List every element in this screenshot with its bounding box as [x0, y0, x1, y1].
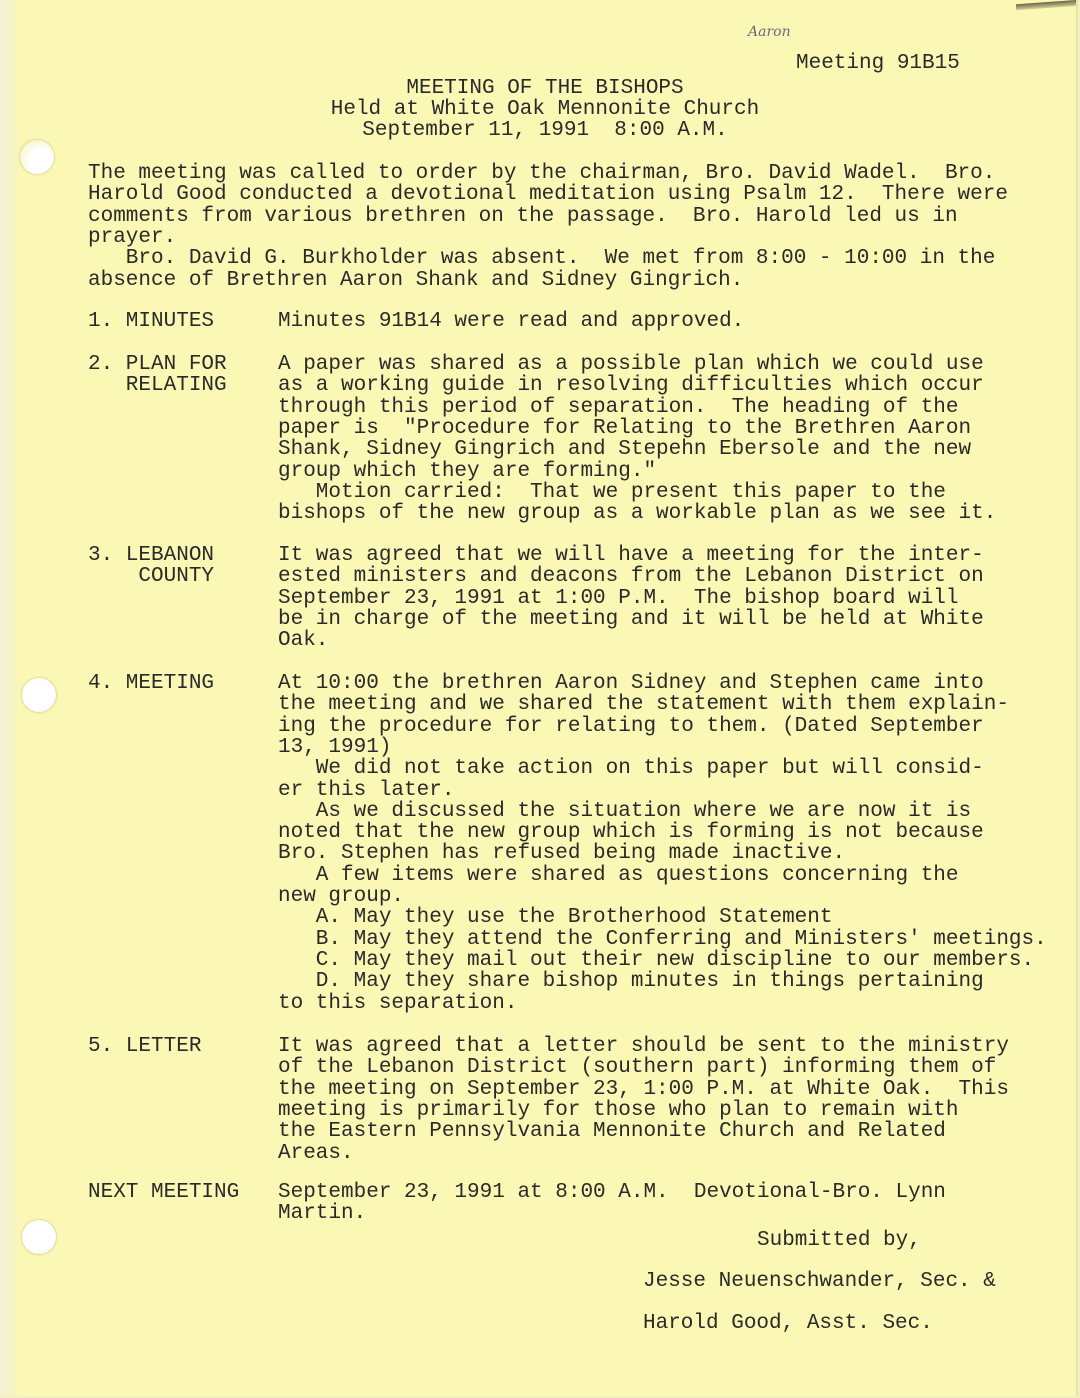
item-text-line: be in charge of the meeting and it will …	[278, 609, 984, 630]
item-text-line: to this separation.	[278, 993, 517, 1014]
item-label: NEXT MEETING	[88, 1182, 239, 1203]
item-text-line: Oak.	[278, 630, 328, 651]
item-label: 5. LETTER	[88, 1036, 201, 1057]
item-text-line: er this later.	[278, 780, 454, 801]
item-text-line: new group.	[278, 886, 404, 907]
item-text-line: bishops of the new group as a workable p…	[278, 503, 996, 524]
punch-hole-bottom	[22, 1220, 56, 1254]
item-text-line: through this period of separation. The h…	[278, 397, 959, 418]
assistant-secretary-signature: Harold Good, Asst. Sec.	[643, 1313, 933, 1334]
item-text-line: ing the procedure for relating to them. …	[278, 716, 984, 737]
item-text-line: Martin.	[278, 1203, 366, 1224]
item-text-line: September 23, 1991 at 8:00 A.M. Devotion…	[278, 1182, 946, 1203]
submitted-by: Submitted by,	[757, 1230, 921, 1251]
meeting-datetime: September 11, 1991 8:00 A.M.	[0, 120, 1080, 141]
item-text-line: Shank, Sidney Gingrich and Stepehn Ebers…	[278, 439, 971, 460]
document-title: MEETING OF THE BISHOPS	[0, 78, 1080, 99]
item-text-line: At 10:00 the brethren Aaron Sidney and S…	[278, 673, 984, 694]
item-text-line: the meeting and we shared the statement …	[278, 694, 1009, 715]
item-text-line: Minutes 91B14 were read and approved.	[278, 311, 744, 332]
paper-page: Aaron Meeting 91B15 MEETING OF THE BISHO…	[0, 0, 1078, 1396]
opening-line: Harold Good conducted a devotional medit…	[88, 184, 1008, 205]
item-text-line: Areas.	[278, 1143, 354, 1164]
item-text-line: meeting is primarily for those who plan …	[278, 1100, 959, 1121]
punch-hole-top	[20, 140, 54, 174]
item-label: 2. PLAN FOR	[88, 354, 227, 375]
page-edge-shadow	[0, 0, 18, 1396]
item-text-line: the Eastern Pennsylvania Mennonite Churc…	[278, 1121, 946, 1142]
item-text-line: the meeting on September 23, 1:00 P.M. a…	[278, 1079, 1009, 1100]
meeting-number: Meeting 91B15	[796, 53, 960, 74]
item-text-line: C. May they mail out their new disciplin…	[278, 950, 1034, 971]
item-label: RELATING	[88, 375, 227, 396]
item-text-line: D. May they share bishop minutes in thin…	[278, 971, 984, 992]
page-corner-fold	[1016, 0, 1076, 10]
secretary-signature: Jesse Neuenschwander, Sec. &	[643, 1271, 996, 1292]
item-text-line: A few items were shared as questions con…	[278, 865, 959, 886]
item-text-line: group which they are forming."	[278, 461, 656, 482]
item-text-line: B. May they attend the Conferring and Mi…	[278, 929, 1047, 950]
item-text-line: A. May they use the Brotherhood Statemen…	[278, 907, 833, 928]
opening-line: comments from various brethren on the pa…	[88, 206, 958, 227]
opening-line: prayer.	[88, 227, 176, 248]
opening-line: absence of Brethren Aaron Shank and Sidn…	[88, 270, 743, 291]
meeting-location: Held at White Oak Mennonite Church	[0, 99, 1080, 120]
item-text-line: of the Lebanon District (southern part) …	[278, 1057, 996, 1078]
item-text-line: Motion carried: That we present this pap…	[278, 482, 946, 503]
item-text-line: as a working guide in resolving difficul…	[278, 375, 984, 396]
item-label: COUNTY	[88, 566, 214, 587]
opening-line: Bro. David G. Burkholder was absent. We …	[88, 248, 995, 269]
item-text-line: It was agreed that we will have a meetin…	[278, 545, 984, 566]
item-text-line: We did not take action on this paper but…	[278, 758, 984, 779]
item-text-line: September 23, 1991 at 1:00 P.M. The bish…	[278, 588, 959, 609]
punch-hole-middle	[22, 678, 56, 712]
item-text-line: Bro. Stephen has refused being made inac…	[278, 843, 845, 864]
item-label: 4. MEETING	[88, 673, 214, 694]
item-text-line: It was agreed that a letter should be se…	[278, 1036, 1009, 1057]
item-text-line: 13, 1991)	[278, 737, 391, 758]
item-text-line: As we discussed the situation where we a…	[278, 801, 971, 822]
item-label: 1. MINUTES	[88, 311, 214, 332]
item-text-line: paper is "Procedure for Relating to the …	[278, 418, 971, 439]
item-label: 3. LEBANON	[88, 545, 214, 566]
handwritten-note: Aaron	[748, 24, 791, 40]
item-text-line: A paper was shared as a possible plan wh…	[278, 354, 984, 375]
item-text-line: noted that the new group which is formin…	[278, 822, 984, 843]
item-text-line: ested ministers and deacons from the Leb…	[278, 566, 984, 587]
opening-line: The meeting was called to order by the c…	[88, 163, 995, 184]
